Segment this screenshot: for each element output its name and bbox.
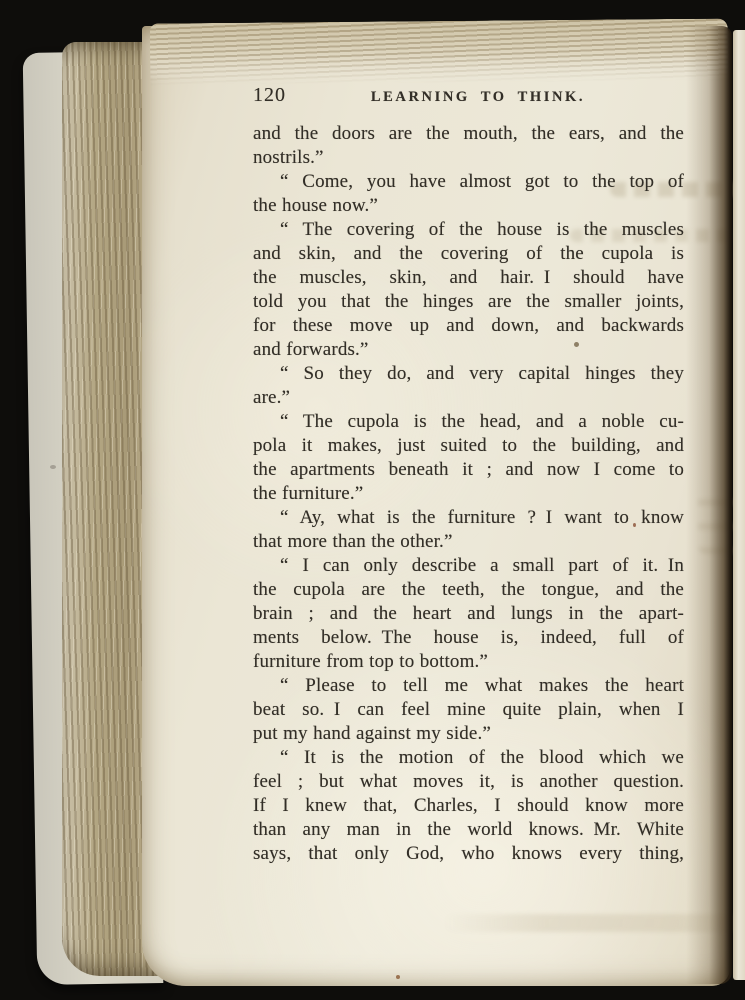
text-line: If I knew that, Charles, I should know m…	[253, 794, 684, 818]
text-line: feel ; but what moves it, is another que…	[253, 770, 684, 794]
text-line: the muscles, skin, and hair. I should ha…	[253, 266, 684, 290]
text-line: the cupola are the teeth, the tongue, an…	[253, 578, 684, 602]
text-line: “ I can only describe a small part of it…	[253, 554, 684, 578]
text-line: and the doors are the mouth, the ears, a…	[253, 122, 684, 146]
text-line: beat so. I can feel mine quite plain, wh…	[253, 698, 684, 722]
text-line: “ Please to tell me what makes the heart	[253, 674, 684, 698]
text-line: the furniture.”	[253, 482, 684, 506]
text-line: than any man in the world knows. Mr. Whi…	[253, 818, 684, 842]
text-line: furniture from top to bottom.”	[253, 650, 684, 674]
text-line: told you that the hinges are the smaller…	[253, 290, 684, 314]
text-line: and skin, and the covering of the cupola…	[253, 242, 684, 266]
text-line: the house now.”	[253, 194, 684, 218]
text-line: nostrils.”	[253, 146, 684, 170]
text-line: “ Come, you have almost got to the top o…	[253, 170, 684, 194]
page-number: 120	[253, 84, 286, 107]
text-line: “ So they do, and very capital hinges th…	[253, 362, 684, 386]
text-block: 120 LEARNING TO THINK. and the doors are…	[253, 84, 684, 866]
text-line: “ The covering of the house is the muscl…	[253, 218, 684, 242]
book-scan-photo: 120 LEARNING TO THINK. and the doors are…	[0, 0, 745, 1000]
page-header: 120 LEARNING TO THINK.	[253, 84, 684, 110]
running-header-title: LEARNING TO THINK.	[286, 89, 684, 106]
page-edges-top-stack	[150, 18, 729, 85]
gutter-shadow	[686, 26, 732, 984]
text-line: are.”	[253, 386, 684, 410]
text-line: for these move up and down, and backward…	[253, 314, 684, 338]
facing-page-edge	[733, 30, 745, 980]
text-line: “ Ay, what is the furniture ? I want to …	[253, 506, 684, 530]
text-line: put my hand against my side.”	[253, 722, 684, 746]
text-line: and forwards.”	[253, 338, 684, 362]
text-line: ments below. The house is, indeed, full …	[253, 626, 684, 650]
text-line: the apartments beneath it ; and now I co…	[253, 458, 684, 482]
text-line: brain ; and the heart and lungs in the a…	[253, 602, 684, 626]
text-line: says, that only God, who knows every thi…	[253, 842, 684, 866]
text-line: “ The cupola is the head, and a noble cu…	[253, 410, 684, 434]
text-line: pola it makes, just suited to the buildi…	[253, 434, 684, 458]
text-line: that more than the other.”	[253, 530, 684, 554]
text-line: “ It is the motion of the blood which we	[253, 746, 684, 770]
body-text: and the doors are the mouth, the ears, a…	[253, 122, 684, 866]
